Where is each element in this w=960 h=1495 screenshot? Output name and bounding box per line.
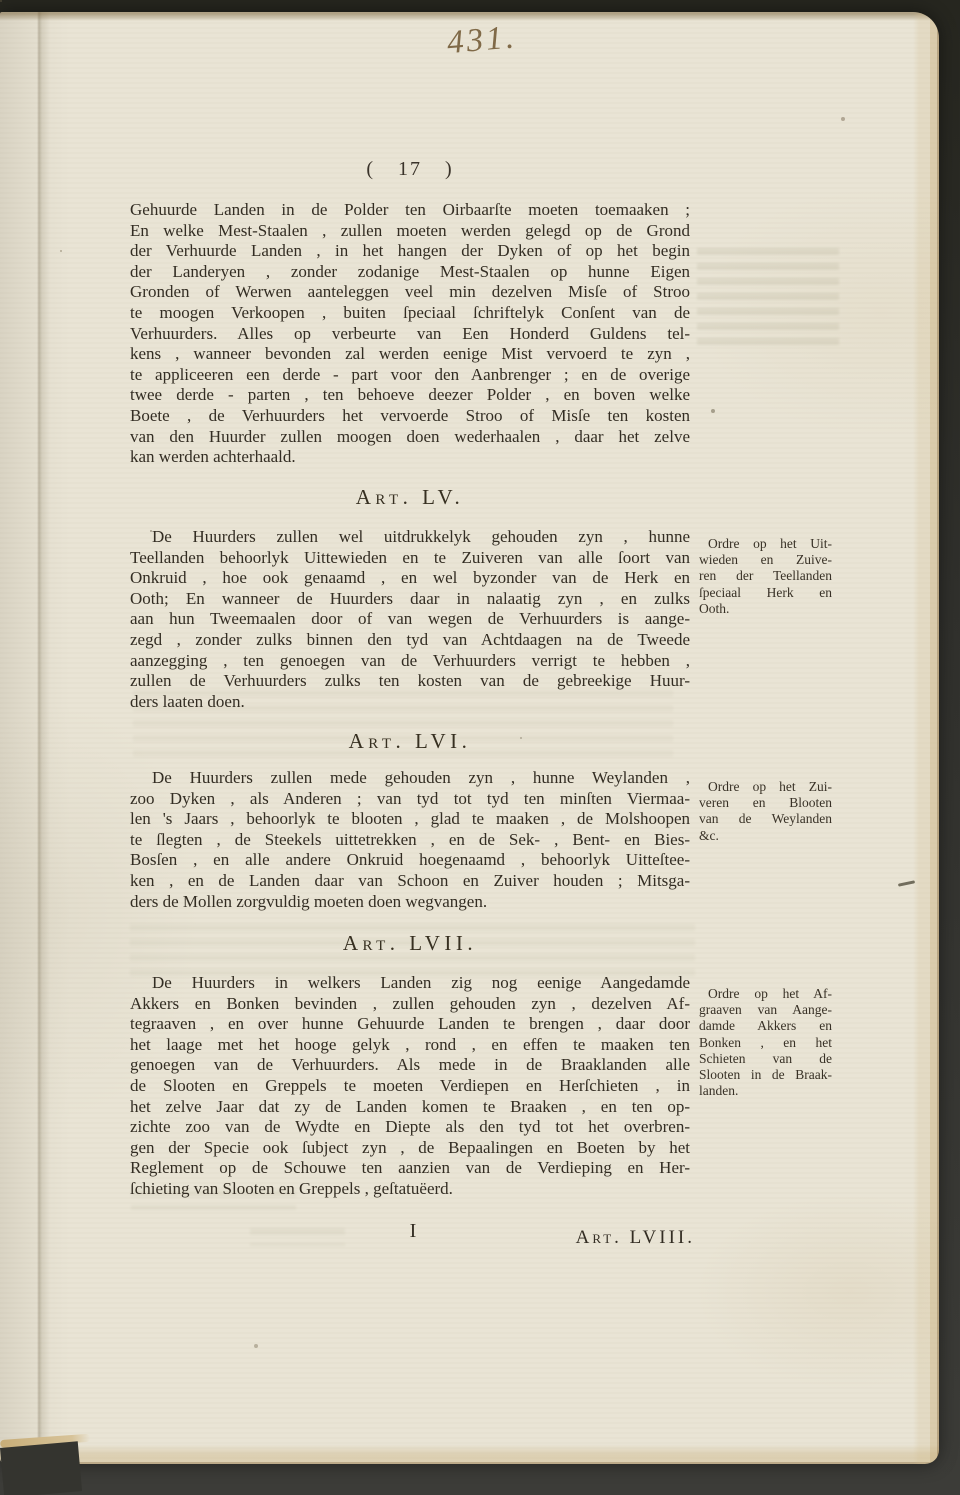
- text-line: de Slooten en Greppels te moeten Verdiep…: [130, 1076, 690, 1097]
- text-line: ren der Teellanden: [699, 568, 832, 584]
- text-line: Akkers en Bonken bevinden , zullen gehou…: [130, 994, 690, 1015]
- text-line: Boete , de Verhuurders het vervoerde Str…: [130, 406, 690, 427]
- margin-note-art-lvi: Ordre op het Zui-veren en Blootenvan de …: [699, 779, 832, 844]
- text-line: Ooth; En wanneer de Huurders daar in nal…: [130, 589, 690, 610]
- paper-specks: [0, 0, 2, 2]
- text-line: van de Weylanden: [699, 811, 832, 827]
- text-line: het zelve Jaar dat zy de Landen komen te…: [130, 1097, 690, 1118]
- text-line: graaven van Aange-: [699, 1002, 832, 1018]
- intro-paragraph: Gehuurde Landen in de Polder ten Oirbaar…: [130, 200, 690, 468]
- text-line: zoo Dyken , als Anderen ; van tyd tot ty…: [130, 789, 690, 810]
- article-heading-lvi: Art. LVI.: [130, 729, 690, 754]
- text-line: der Landeryen , zonder zodanige Mest-Sta…: [130, 262, 690, 283]
- margin-note-art-lvii: Ordre op het Af-graaven van Aange-damde …: [699, 986, 832, 1099]
- text-line: De Huurders in welkers Landen zig nog ee…: [130, 973, 690, 994]
- text-line: ſpeciaal Herk en: [699, 585, 832, 601]
- ink-bleed-through: [250, 1228, 345, 1246]
- text-line: tegraaven , en over hunne Gehuurde Lande…: [130, 1014, 690, 1035]
- text-line: het laage met het hooge gelyk , rond , e…: [130, 1035, 690, 1056]
- article-heading-lv: Art. LV.: [130, 485, 690, 510]
- text-line: landen.: [699, 1083, 832, 1099]
- article-lvii-paragraph: De Huurders in welkers Landen zig nog ee…: [130, 973, 690, 1200]
- text-line: Teellanden behoorlyk Uittewieden en te Z…: [130, 548, 690, 569]
- text-line: aanzegging , ten genoegen van de Verhuur…: [130, 651, 690, 672]
- text-line: Schieten van de: [699, 1051, 832, 1067]
- text-line: veren en Blooten: [699, 795, 832, 811]
- text-line: ders laaten doen.: [130, 692, 690, 713]
- ink-bleed-through: [697, 248, 839, 346]
- text-line: aan hun Tweemaalen door of van wegen de …: [130, 609, 690, 630]
- text-line: Gehuurde Landen in de Polder ten Oirbaar…: [130, 200, 690, 221]
- text-line: kens , wanneer bevonden zal werden eenig…: [130, 344, 690, 365]
- scan-background-gap: [0, 1441, 82, 1495]
- article-heading-lvii: Art. LVII.: [130, 931, 690, 956]
- text-line: Slooten in de Braak-: [699, 1067, 832, 1083]
- text-line: Ordre op het Zui-: [699, 779, 832, 795]
- signature-mark: I: [398, 1220, 428, 1243]
- text-line: Ooth.: [699, 601, 832, 617]
- text-line: Gronden of Werwen aanteleggen veel min d…: [130, 282, 690, 303]
- printed-page-number: ( 17 ): [130, 158, 690, 181]
- text-line: Ordre op het Af-: [699, 986, 832, 1002]
- text-line: Ordre op het Uit-: [699, 536, 832, 552]
- text-line: te appliceeren een derde - part voor den…: [130, 365, 690, 386]
- text-line: De Huurders zullen mede gehouden zyn , h…: [130, 768, 690, 789]
- text-line: ders de Mollen zorgvuldig moeten doen we…: [130, 892, 690, 913]
- text-line: twee derde - parten , ten behoeve deezer…: [130, 385, 690, 406]
- text-line: ſchieting van Slooten en Greppels , geſt…: [130, 1179, 690, 1200]
- text-line: Reglement op de Schouwe ten aanzien van …: [130, 1158, 690, 1179]
- article-lvi-paragraph: De Huurders zullen mede gehouden zyn , h…: [130, 768, 690, 912]
- text-line: van den Huurder zullen moogen doen weder…: [130, 427, 690, 448]
- text-line: ken , en de Landen daar van Schoon en Zu…: [130, 871, 690, 892]
- margin-note-art-lv: Ordre op het Uit-wieden en Zuive-ren der…: [699, 536, 832, 617]
- text-line: Onkruid , hoe ook genaamd , en wel byzon…: [130, 568, 690, 589]
- text-line: En welke Mest-Staalen , zullen moeten we…: [130, 221, 690, 242]
- text-line: zullen de Verhuurders zulks ten kosten v…: [130, 671, 690, 692]
- text-line: Verhuurders. Alles op verbeurte van Een …: [130, 324, 690, 345]
- text-line: zichte zoo van de Wydte en Diepte als de…: [130, 1117, 690, 1138]
- text-line: damde Akkers en: [699, 1018, 832, 1034]
- text-line: genoegen van de Verhuurders. Als mede in…: [130, 1055, 690, 1076]
- text-line: te moogen Verkoopen , buiten ſpeciaal ſc…: [130, 303, 690, 324]
- text-line: Bonken , en het: [699, 1035, 832, 1051]
- text-line: der Verhuurde Landen , in het hangen der…: [130, 241, 690, 262]
- text-line: kan werden achterhaald.: [130, 447, 690, 468]
- text-line: gen der Specie ook ſubject zyn , de Bepa…: [130, 1138, 690, 1159]
- text-line: De Huurders zullen wel uitdrukkelyk geho…: [130, 527, 690, 548]
- catchword-next-article: Art. LVIII.: [550, 1227, 695, 1249]
- text-line: &c.: [699, 828, 832, 844]
- text-line: wieden en Zuive-: [699, 552, 832, 568]
- text-line: te ſlegten , de Steekels uittetrekken , …: [130, 830, 690, 851]
- text-line: len 's Jaars , behoorlyk te blooten , gl…: [130, 809, 690, 830]
- article-lv-paragraph: De Huurders zullen wel uitdrukkelyk geho…: [130, 527, 690, 712]
- text-line: Bosſen , en alle andere Onkruid hoegenaa…: [130, 850, 690, 871]
- text-line: zegd , zonder zulks binnen den tyd van A…: [130, 630, 690, 651]
- scanned-book-page: 431. ( 17 ) Gehuurde Landen in de Polder…: [0, 0, 960, 1495]
